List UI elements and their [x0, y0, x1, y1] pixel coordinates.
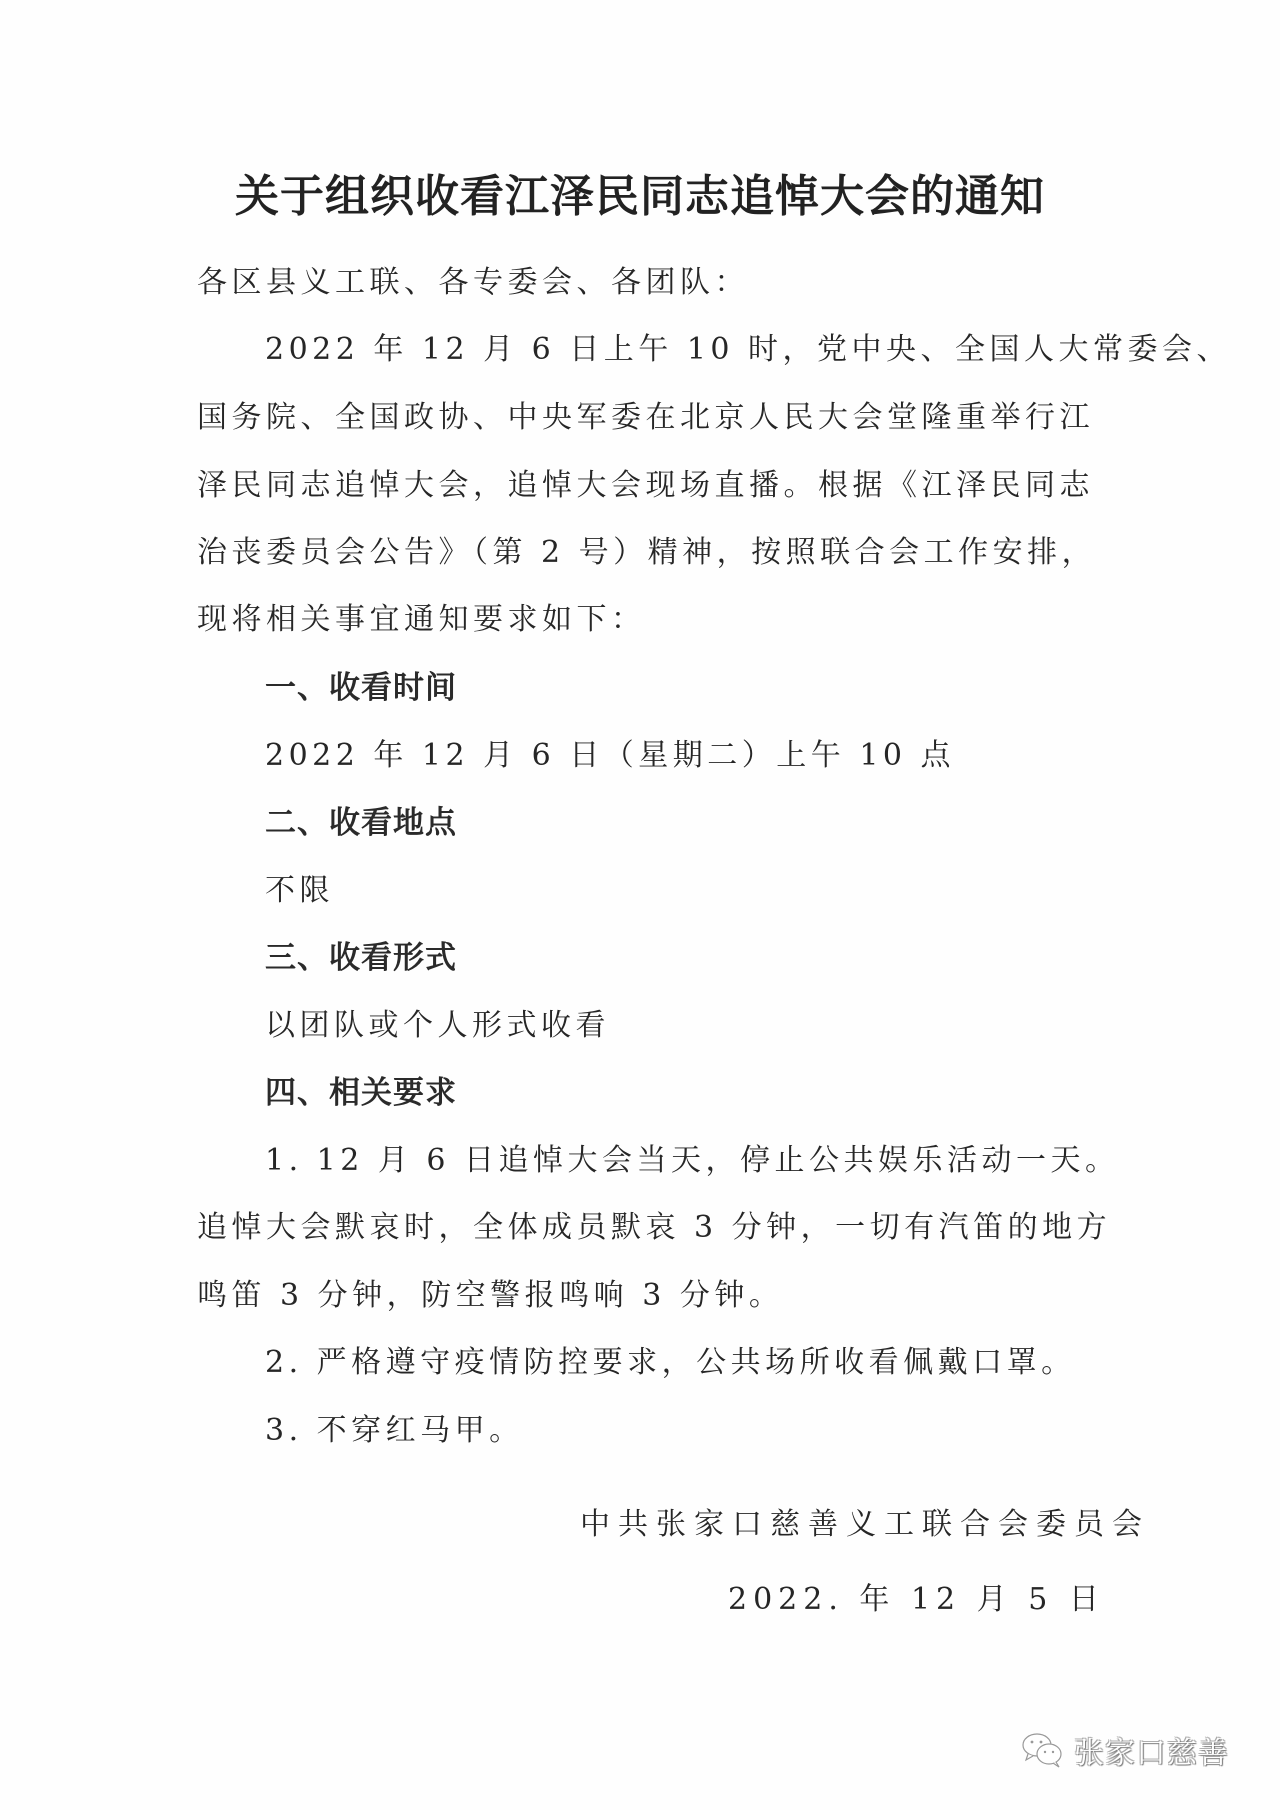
requirement-line: 3. 不穿红马甲。 — [265, 1411, 1165, 1451]
document-page: 关于组织收看江泽民同志追悼大会的通知 各区县义工联、各专委会、各团队： 2022… — [0, 0, 1280, 1810]
document-date: 2022. 年 12 月 5 日 — [728, 1580, 1105, 1620]
section-text-format: 以团队或个人形式收看 — [265, 1006, 1165, 1046]
section-heading-time: 一、收看时间 — [265, 668, 457, 708]
section-text-time: 2022 年 12 月 6 日（星期二）上午 10 点 — [265, 736, 1165, 776]
section-text-location: 不限 — [265, 871, 1165, 911]
section-heading-location: 二、收看地点 — [265, 803, 457, 843]
section-heading-format: 三、收看形式 — [265, 938, 457, 978]
section-heading-requirements: 四、相关要求 — [265, 1073, 457, 1113]
intro-line: 泽民同志追悼大会，追悼大会现场直播。根据《江泽民同志 — [197, 466, 1097, 506]
intro-line: 治丧委员会公告》（第 2 号）精神，按照联合会工作安排， — [197, 533, 1097, 573]
signature: 中共张家口慈善义工联合会委员会 — [580, 1505, 1150, 1545]
requirement-line: 1. 12 月 6 日追悼大会当天，停止公共娱乐活动一天。 — [265, 1141, 1165, 1181]
intro-line: 国务院、全国政协、中央军委在北京人民大会堂隆重举行江 — [197, 398, 1097, 438]
requirement-line: 鸣笛 3 分钟，防空警报鸣响 3 分钟。 — [197, 1276, 1097, 1316]
wechat-icon — [1020, 1730, 1066, 1770]
requirement-line: 追悼大会默哀时，全体成员默哀 3 分钟，一切有汽笛的地方 — [197, 1208, 1097, 1248]
salutation: 各区县义工联、各专委会、各团队： — [197, 263, 1097, 303]
intro-line: 2022 年 12 月 6 日上午 10 时，党中央、全国人大常委会、 — [265, 330, 1165, 370]
document-title: 关于组织收看江泽民同志追悼大会的通知 — [0, 160, 1280, 224]
intro-line: 现将相关事宜通知要求如下： — [197, 600, 1097, 640]
watermark: 张家口慈善 — [1020, 1728, 1229, 1772]
watermark-text: 张家口慈善 — [1074, 1728, 1229, 1772]
requirement-line: 2. 严格遵守疫情防控要求，公共场所收看佩戴口罩。 — [265, 1343, 1165, 1383]
